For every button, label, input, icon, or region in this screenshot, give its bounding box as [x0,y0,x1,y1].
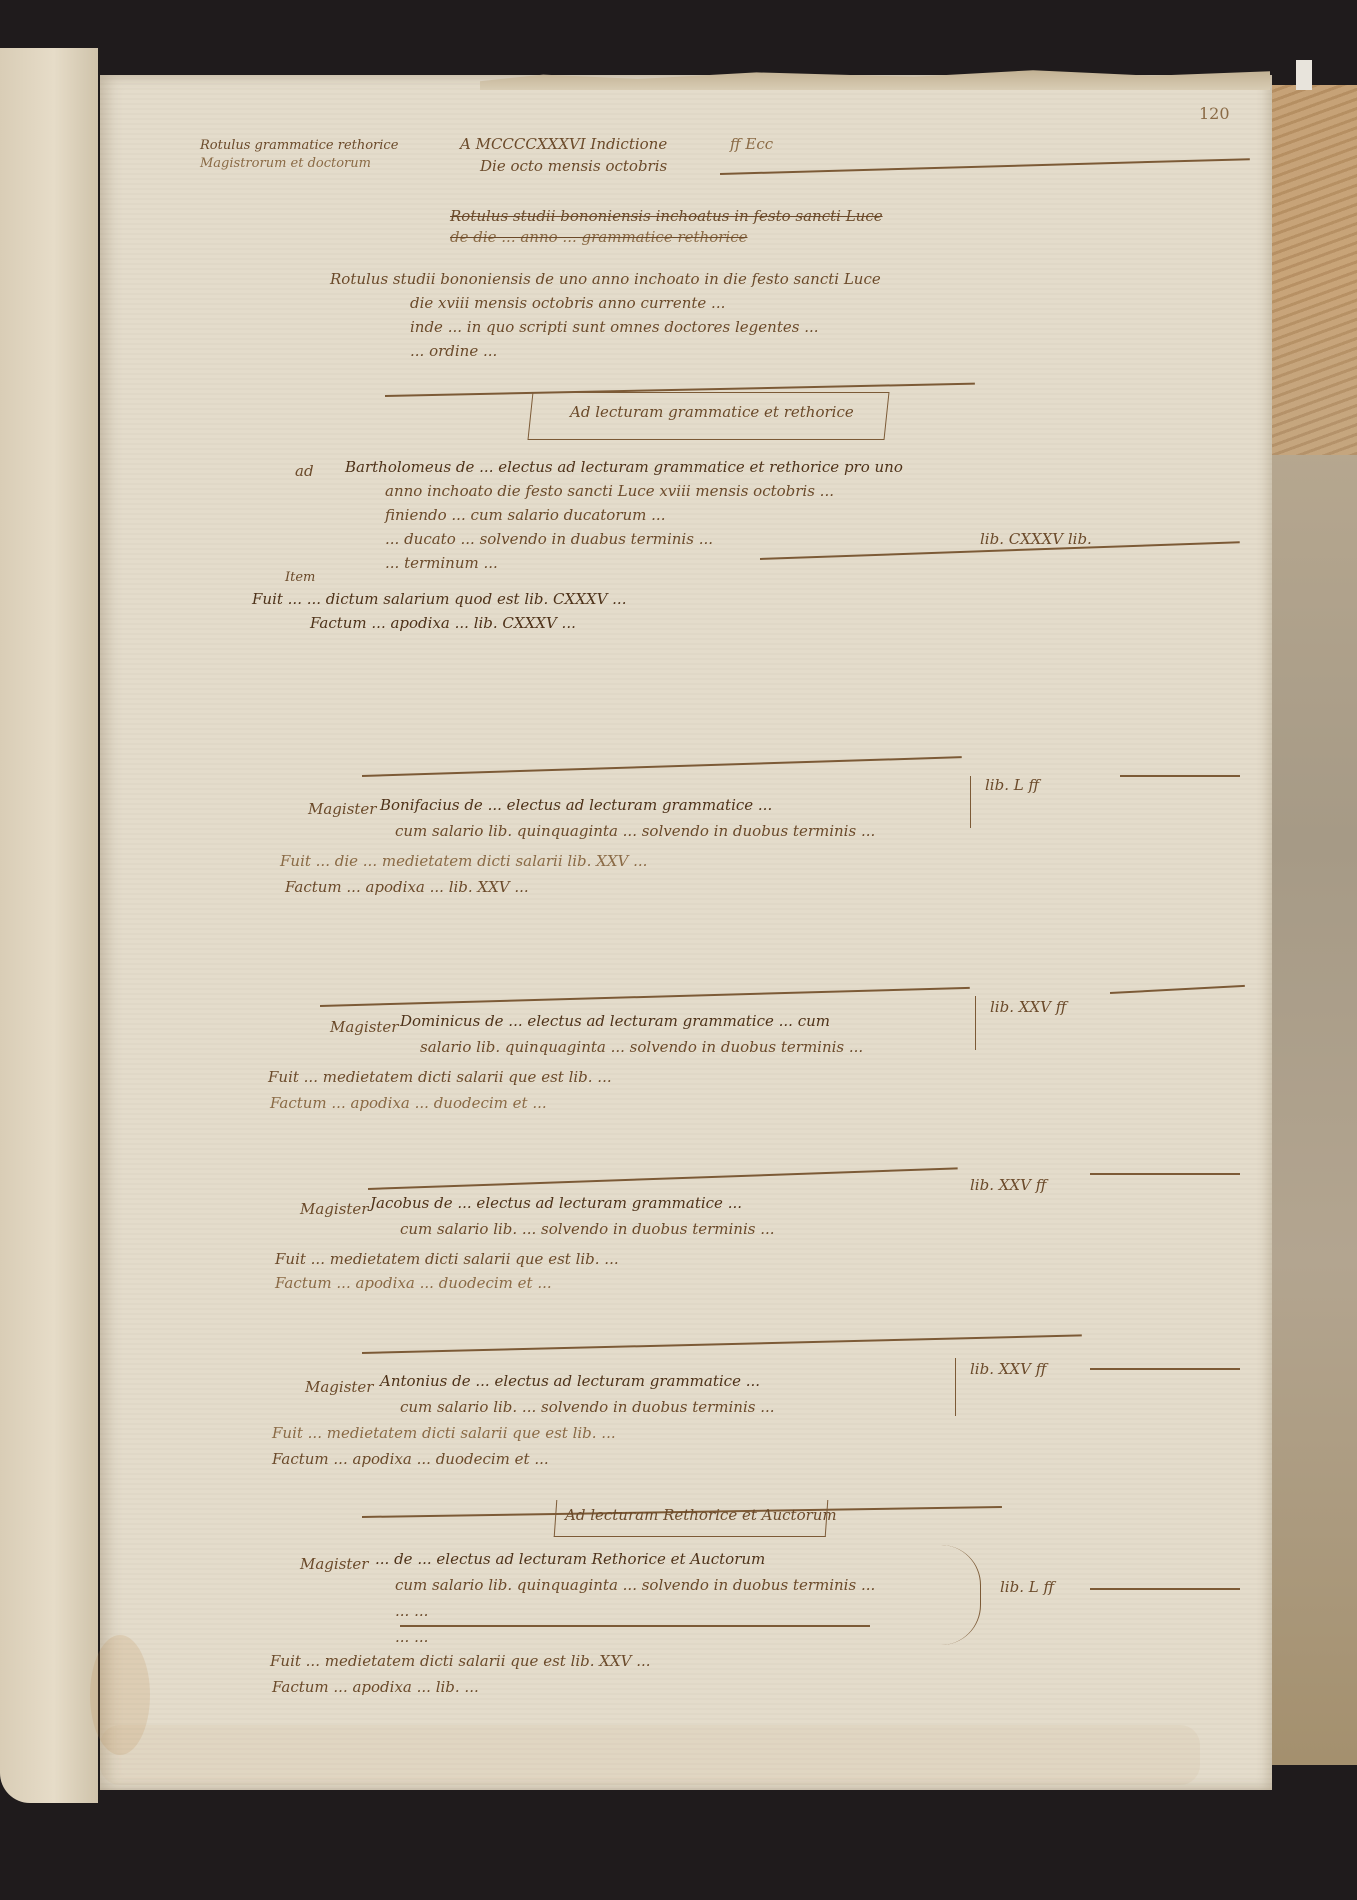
entry-1-label: ad [295,462,314,480]
final-entry-line: ... ... [395,1628,428,1646]
entry-2-amount: lib. L ff [985,776,1039,794]
entry-2-label: Magister [308,800,376,818]
entry-1-note: Item [285,570,315,585]
entry-3-payment: Factum ... apodixa ... duodecim et ... [270,1094,547,1112]
header-title-1: A MCCCCXXXVI Indictione [460,135,667,153]
intro-line-3: inde ... in quo scripti sunt omnes docto… [410,318,819,336]
entry-4-name: Jacobus de ... electus ad lecturam gramm… [370,1194,742,1212]
entry-3-label: Magister [330,1018,398,1036]
entry-4-amount: lib. XXV ff [970,1176,1046,1194]
entry-3-line: salario lib. quinquaginta ... solvendo i… [420,1038,863,1056]
final-entry-bracket [640,1545,981,1645]
entry-5-name: Antonius de ... electus ad lecturam gram… [380,1372,760,1390]
entry-1-name: Bartholomeus de ... electus ad lecturam … [345,458,903,476]
margin-note-2: Magistrorum et doctorum [200,156,371,171]
intro-struck-1: Rotulus studii bononiensis inchoatus in … [450,207,883,225]
entry-1-payment: Fuit ... ... dictum salarium quod est li… [252,590,626,608]
entry-2-line: cum salario lib. quinquaginta ... solven… [395,822,875,840]
entry-2-payment: Factum ... apodixa ... lib. XXV ... [285,878,529,896]
entry-4-payment: Fuit ... medietatem dicti salarii que es… [275,1250,619,1268]
section-2-heading: Ad lecturam Rethorice et Auctorum [565,1506,837,1524]
entry-1-amount: lib. CXXXV lib. [980,530,1092,548]
entry-5-label: Magister [305,1378,373,1396]
entry-3-name: Dominicus de ... electus ad lecturam gra… [400,1012,830,1030]
final-entry-rule-right [1090,1588,1240,1590]
intro-line-1: Rotulus studii bononiensis de uno anno i… [330,270,881,288]
intro-line-4: ... ordine ... [410,342,497,360]
entry-1-line: anno inchoato die festo sancti Luce xvii… [385,482,834,500]
cover-texture [1268,85,1357,455]
entry-4-payment: Factum ... apodixa ... duodecim et ... [275,1274,552,1292]
margin-note-1: Rotulus grammatice rethorice [200,138,398,153]
entry-5-payment: Fuit ... medietatem dicti salarii que es… [272,1424,616,1442]
entry-1-payment: Factum ... apodixa ... lib. CXXXV ... [310,614,576,632]
header-title-2: Die octo mensis octobris [480,157,667,175]
entry-3-payment: Fuit ... medietatem dicti salarii que es… [268,1068,612,1086]
entry-2-rule-right [1120,775,1240,777]
paper-tab [1296,60,1312,90]
entry-5-amount: lib. XXV ff [970,1360,1046,1378]
folio-number: 120 [1199,104,1230,123]
intro-struck-2: de die ... anno ... grammatice rethorice [450,228,748,246]
final-entry-amount: lib. L ff [1000,1578,1054,1596]
entry-2-payment: Fuit ... die ... medietatem dicti salari… [280,852,647,870]
entry-3-bracket [975,996,976,1050]
entry-4-line: cum salario lib. ... solvendo in duobus … [400,1220,775,1238]
final-entry-line: ... ... [395,1602,428,1620]
entry-3-amount: lib. XXV ff [990,998,1066,1016]
intro-line-2: die xviii mensis octobris anno currente … [410,294,725,312]
entry-1-line: finiendo ... cum salario ducatorum ... [385,506,665,524]
entry-5-rule-right [1090,1368,1240,1370]
entry-2-name: Bonifacius de ... electus ad lecturam gr… [380,796,772,814]
entry-5-line: cum salario lib. ... solvendo in duobus … [400,1398,775,1416]
entry-5-bracket [955,1358,956,1416]
final-entry-payment: Fuit ... medietatem dicti salarii que es… [270,1652,651,1670]
entry-1-line: ... terminum ... [385,554,498,572]
final-entry-label: Magister [300,1555,368,1573]
final-entry-payment: Factum ... apodixa ... lib. ... [272,1678,479,1696]
torn-top-edge [480,68,1270,90]
entry-2-bracket [970,776,971,828]
foxing-stain [100,1725,1200,1785]
header-marks: ff Ecc [730,135,773,153]
entry-5-payment: Factum ... apodixa ... duodecim et ... [272,1450,549,1468]
entry-4-rule-right [1090,1173,1240,1175]
entry-4-label: Magister [300,1200,368,1218]
section-heading: Ad lecturam grammatice et rethorice [570,403,854,421]
left-page-edge [0,48,98,1803]
entry-1-line: ... ducato ... solvendo in duabus termin… [385,530,713,548]
